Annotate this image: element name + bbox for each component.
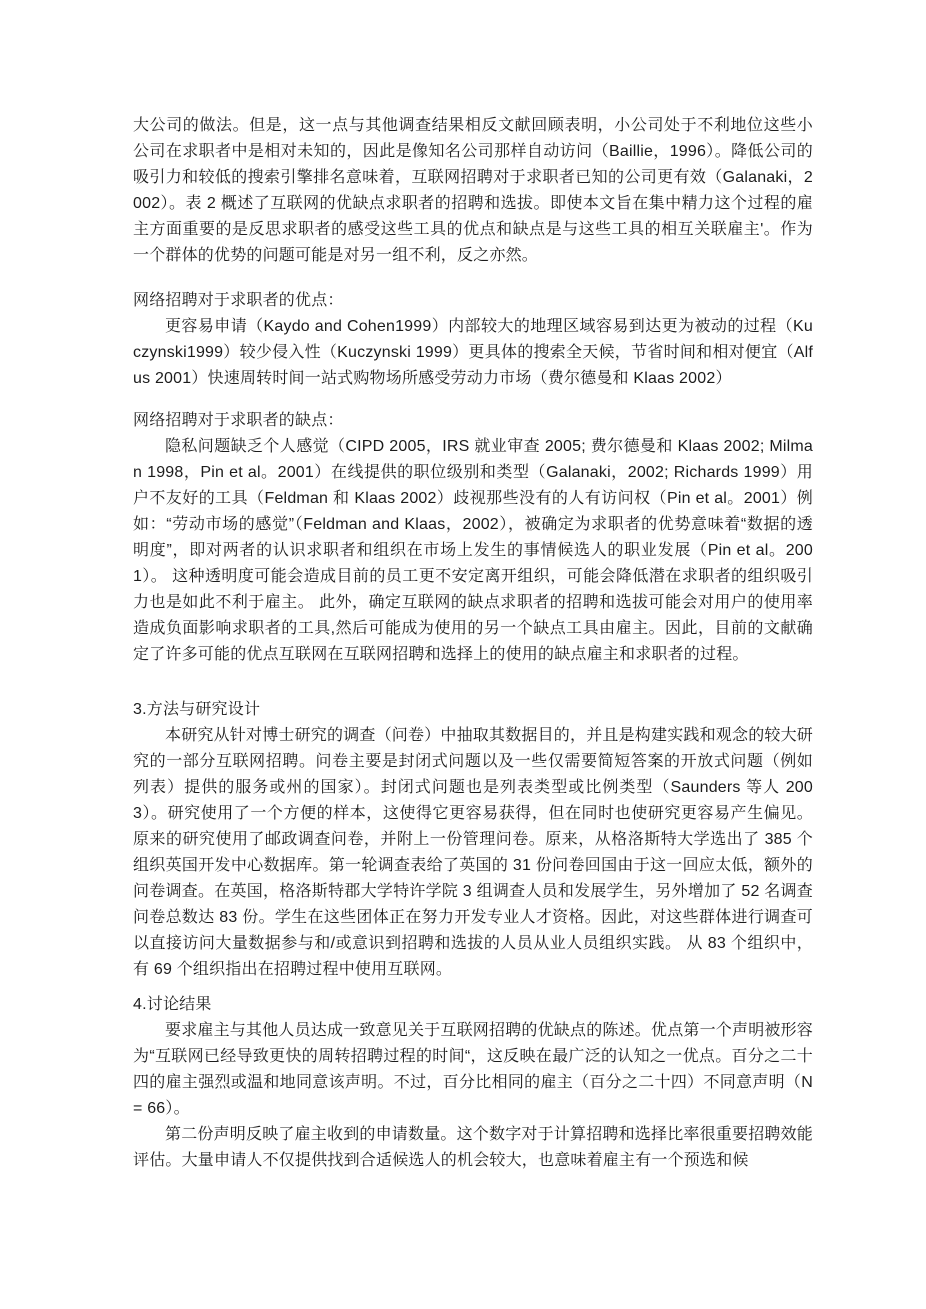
results-section-heading: 4.讨论结果 (133, 992, 813, 1018)
disadvantages-paragraph: 隐私问题缺乏个人感觉（CIPD 2005，IRS 就业审查 2005; 费尔德曼… (133, 434, 813, 668)
results-paragraph-2: 第二份声明反映了雇主收到的申请数量。这个数字对于计算招聘和选择比率很重要招聘效能… (133, 1122, 813, 1174)
methodology-section-heading: 3.方法与研究设计 (133, 697, 813, 723)
disadvantages-heading: 网络招聘对于求职者的缺点： (133, 408, 813, 434)
document-page: 大公司的做法。但是，这一点与其他调查结果相反文献回顾表明，小公司处于不利地位这些… (0, 0, 926, 1309)
intro-paragraph: 大公司的做法。但是，这一点与其他调查结果相反文献回顾表明，小公司处于不利地位这些… (133, 113, 813, 269)
advantages-heading: 网络招聘对于求职者的优点： (133, 288, 813, 314)
advantages-paragraph: 更容易申请（Kaydo and Cohen1999）内部较大的地理区域容易到达更… (133, 314, 813, 392)
methodology-paragraph: 本研究从针对博士研究的调查（问卷）中抽取其数据目的，并且是构建实践和观念的较大研… (133, 723, 813, 983)
results-paragraph-1: 要求雇主与其他人员达成一致意见关于互联网招聘的优缺点的陈述。优点第一个声明被形容… (133, 1018, 813, 1122)
